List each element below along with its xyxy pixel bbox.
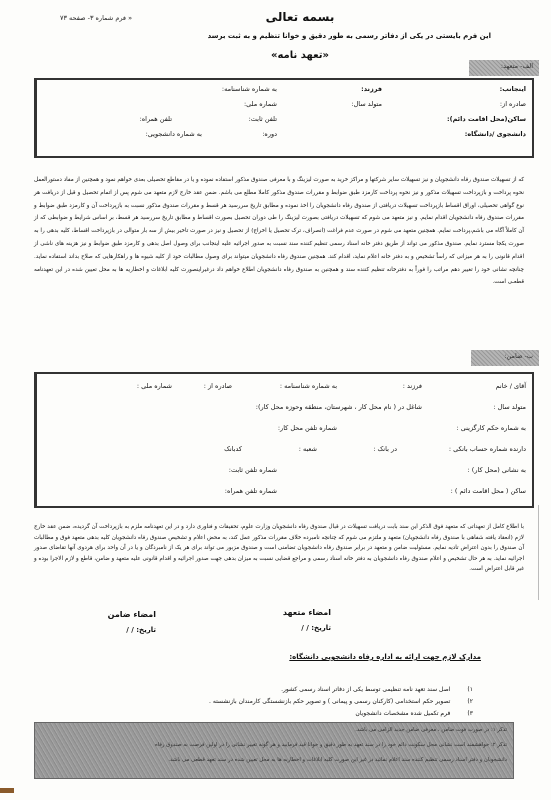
note-line: تذکر ۱: در صورت فوت ضامن ، معرفی ضامن جد… [355,727,507,733]
obligor-id-number-field[interactable]: به شماره شناسنامه: [222,85,277,93]
guarantor-national-id-field[interactable]: شماره ملی : [137,382,172,390]
obligor-info-box: اینجانب: فرزند: به شماره شناسنامه: صادره… [34,78,534,158]
guarantor-date-field[interactable]: تاریخ: / / [76,626,156,634]
guarantor-bank-code-field[interactable]: کدبانک [224,445,242,453]
guarantor-commitment-paragraph: با اطلاع کامل از تعهداتی که متعهد فوق ال… [34,522,524,575]
form-number: « فرم شماره ۳- صفحه ۷۳ [60,14,132,22]
obligor-name-field[interactable]: اینجانب: [500,85,526,93]
guarantor-employer-field[interactable]: شاغل در ( نام محل کار ، شهرستان، منطقه و… [256,403,422,411]
commitment-form-page: « فرم شماره ۳- صفحه ۷۳ بسمه تعالی این فر… [0,0,551,800]
guarantor-name-field[interactable]: آقای / خانم [496,382,526,390]
corner-tag [0,788,14,793]
guarantor-info-box: آقای / خانم فرزند : به شماره شناسنامه : … [34,372,534,508]
registration-notice: این فرم بایستی در یکی از دفاتر رسمی به ط… [208,32,491,40]
guarantor-bank-field[interactable]: در بانک : [373,445,397,453]
obligor-residence-field[interactable]: ساکن(محل اقامت دائم): [447,115,526,123]
bismillah-heading: بسمه تعالی [200,10,400,24]
document-item: ۳) فرم تکمیل شده مشخصات دانشجویان [355,700,473,719]
section-a-label: الف- متعهد: [469,60,539,76]
obligor-commitment-paragraph: که از تسهیلات صندوق رفاه دانشجویان و نیز… [34,174,524,289]
guarantor-work-phone-field[interactable]: شماره تلفن محل کار: [278,424,337,432]
notes-box: تذکر ۱: در صورت فوت ضامن ، معرفی ضامن جد… [34,722,514,779]
guarantor-birth-year-field[interactable]: متولد سال : [493,403,526,411]
obligor-date-field[interactable]: تاریخ: / / [251,624,331,632]
guarantor-employment-number-field[interactable]: به شماره حکم کارگزینی : [457,424,527,432]
guarantor-landline-field[interactable]: شماره تلفن ثابت: [229,466,277,474]
obligor-university-field[interactable]: دانشجوی /دانشگاه: [465,130,526,138]
obligor-mobile-field[interactable]: تلفن همراه: [140,115,172,123]
margin-line [538,505,539,600]
document-item-number: ۳) [467,710,473,717]
obligor-issued-from-field[interactable]: صادره از: [500,100,526,108]
note-line: تذکر ۲: خواهشمند است نشانی محل سکونت دائ… [155,742,507,748]
obligor-student-number-field[interactable]: به شماره دانشجویی: [146,130,202,138]
guarantor-residence-field[interactable]: ساکن ( محل اقامت دائم ) : [451,487,526,495]
guarantor-signature-label: امضاء ضامن [108,610,156,619]
guarantor-child-of-field[interactable]: فرزند : [403,382,422,390]
obligor-national-id-field[interactable]: شماره ملی: [244,100,277,108]
obligor-birth-year-field[interactable]: متولد سال: [351,100,382,108]
guarantor-mobile-field[interactable]: شماره تلفن همراه: [225,487,277,495]
guarantor-id-number-field[interactable]: به شماره شناسنامه : [280,382,337,390]
guarantor-branch-field[interactable]: شعبه : [299,445,317,453]
guarantor-bank-account-field[interactable]: دارنده شماره حساب بانکی : [449,445,526,453]
page-title: «تعهد نامه» [200,50,400,61]
obligor-course-field[interactable]: دوره: [262,130,277,138]
note-line: دانشجویان و دفتر اسناد رسمی تنظیم کننده … [168,757,507,763]
document-item-text: فرم تکمیل شده مشخصات دانشجویان [355,710,450,717]
obligor-signature-label: امضاء متعهد [283,608,331,617]
guarantor-issued-from-field[interactable]: صادره از : [204,382,232,390]
guarantor-work-address-field[interactable]: به نشانی (محل کار) : [468,466,526,474]
obligor-child-of-field[interactable]: فرزند: [361,85,382,93]
required-documents-title: مدارک لازم جهت ارائه به اداره رفاه دانشج… [289,653,481,661]
obligor-landline-field[interactable]: تلفن ثابت: [249,115,277,123]
section-b-label: ب- ضامن: [471,350,539,366]
